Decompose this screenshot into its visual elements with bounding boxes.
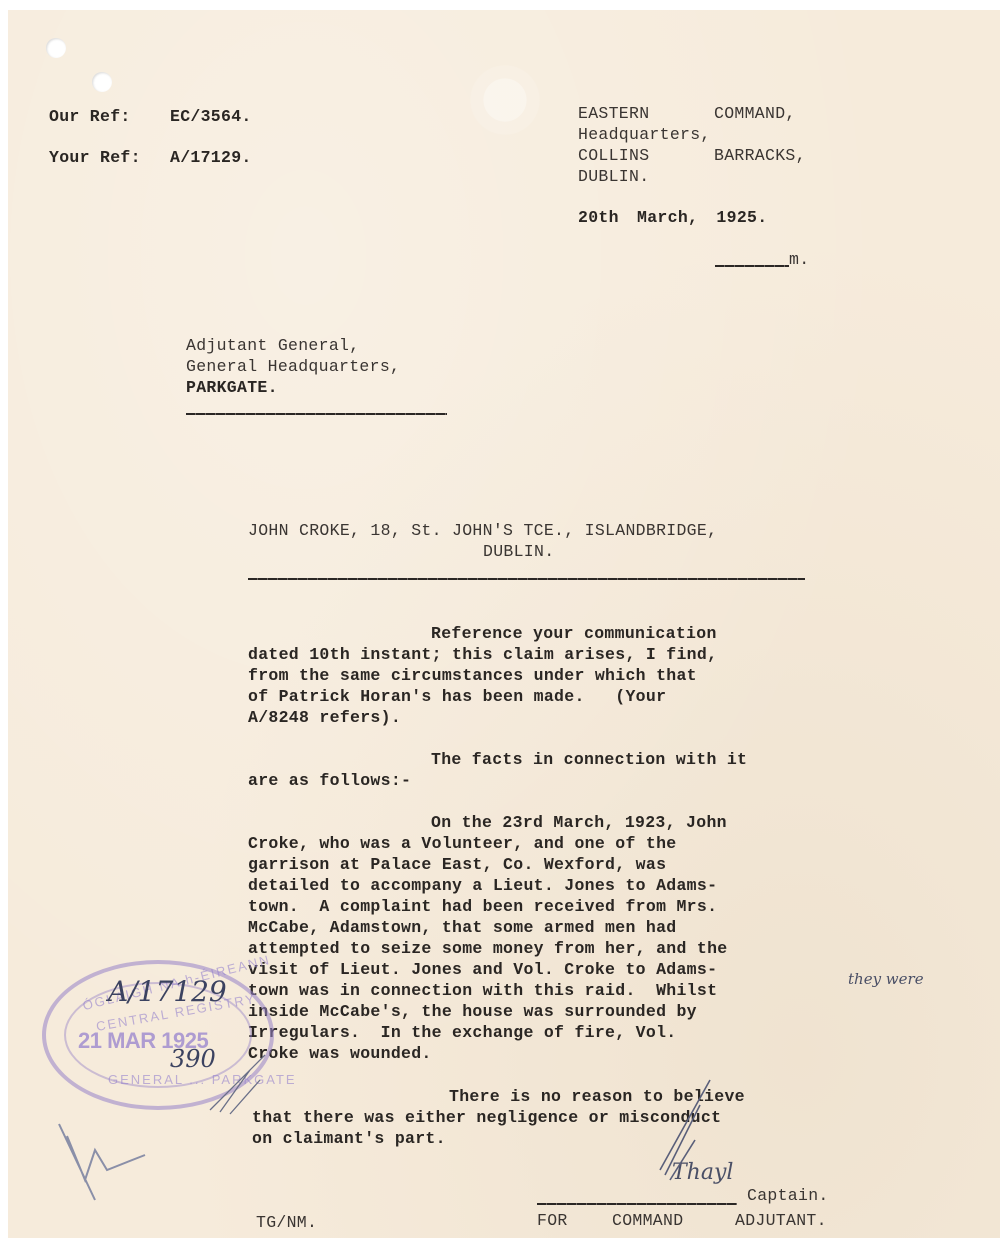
your-ref-value: A/17129. <box>170 147 252 168</box>
p2-line2: are as follows:- <box>248 770 411 791</box>
subject-line2: DUBLIN. <box>483 541 554 562</box>
punch-hole <box>46 38 66 58</box>
signature-rank: Captain. <box>747 1185 829 1206</box>
for-label: FOR <box>537 1210 568 1231</box>
sender-line3a: COLLINS <box>578 145 649 166</box>
p3-line10: inside McCabe's, the house was surrounde… <box>248 1001 697 1022</box>
initials-scribble-icon <box>205 1050 275 1120</box>
signature-scribble-icon <box>640 1080 720 1190</box>
p1-line1: Reference your communication <box>431 623 717 644</box>
p1-line5: A/8248 refers). <box>248 707 401 728</box>
our-ref-value: EC/3564. <box>170 106 252 127</box>
p1-line4: of Patrick Horan's has been made. (Your <box>248 686 666 707</box>
p3-line3: garrison at Palace East, Co. Wexford, wa… <box>248 854 666 875</box>
p3-line4: detailed to accompany a Lieut. Jones to … <box>248 875 717 896</box>
signature-role: ADJUTANT. <box>735 1210 827 1231</box>
margin-note: they were <box>848 970 924 988</box>
sender-line3b: BARRACKS, <box>714 145 806 166</box>
time-rule <box>715 265 789 267</box>
letter-date: 20th March, 1925. <box>578 207 767 228</box>
recipient-line1: Adjutant General, <box>186 335 359 356</box>
p3-line8: visit of Lieut. Jones and Vol. Croke to … <box>248 959 717 980</box>
sender-line1a: EASTERN <box>578 103 649 124</box>
our-ref-label: Our Ref: <box>49 106 131 127</box>
recipient-rule <box>186 413 447 415</box>
command-label: COMMAND <box>612 1210 683 1231</box>
recipient-line3: PARKGATE. <box>186 377 278 398</box>
sender-line1b: COMMAND, <box>714 103 796 124</box>
stamp-handwritten-ref: A/17129 <box>108 975 227 1008</box>
embossed-seal-icon <box>455 50 555 150</box>
signature-rule <box>537 1203 737 1205</box>
subject-line1: JOHN CROKE, 18, St. JOHN'S TCE., ISLANDB… <box>248 520 717 541</box>
p1-line3: from the same circumstances under which … <box>248 665 697 686</box>
p1-line2: dated 10th instant; this claim arises, I… <box>248 644 717 665</box>
p3-line12: Croke was wounded. <box>248 1043 432 1064</box>
your-ref-label: Your Ref: <box>49 147 141 168</box>
time-suffix: m. <box>789 249 809 270</box>
margin-scribble-icon <box>55 1120 115 1205</box>
sender-line2: Headquarters, <box>578 124 711 145</box>
p3-line1: On the 23rd March, 1923, John <box>431 812 727 833</box>
p2-line1: The facts in connection with it <box>431 749 747 770</box>
p3-line2: Croke, who was a Volunteer, and one of t… <box>248 833 676 854</box>
p3-line7: attempted to seize some money from her, … <box>248 938 727 959</box>
p3-line5: town. A complaint had been received from… <box>248 896 717 917</box>
p3-line6: McCabe, Adamstown, that some armed men h… <box>248 917 676 938</box>
p3-line9: town was in connection with this raid. W… <box>248 980 717 1001</box>
recipient-line2: General Headquarters, <box>186 356 400 377</box>
punch-hole <box>92 72 112 92</box>
p3-line11: Irregulars. In the exchange of fire, Vol… <box>248 1022 676 1043</box>
typist-initials: TG/NM. <box>256 1212 317 1233</box>
sender-line4: DUBLIN. <box>578 166 649 187</box>
subject-rule <box>248 578 805 580</box>
p4-line3: on claimant's part. <box>252 1128 446 1149</box>
